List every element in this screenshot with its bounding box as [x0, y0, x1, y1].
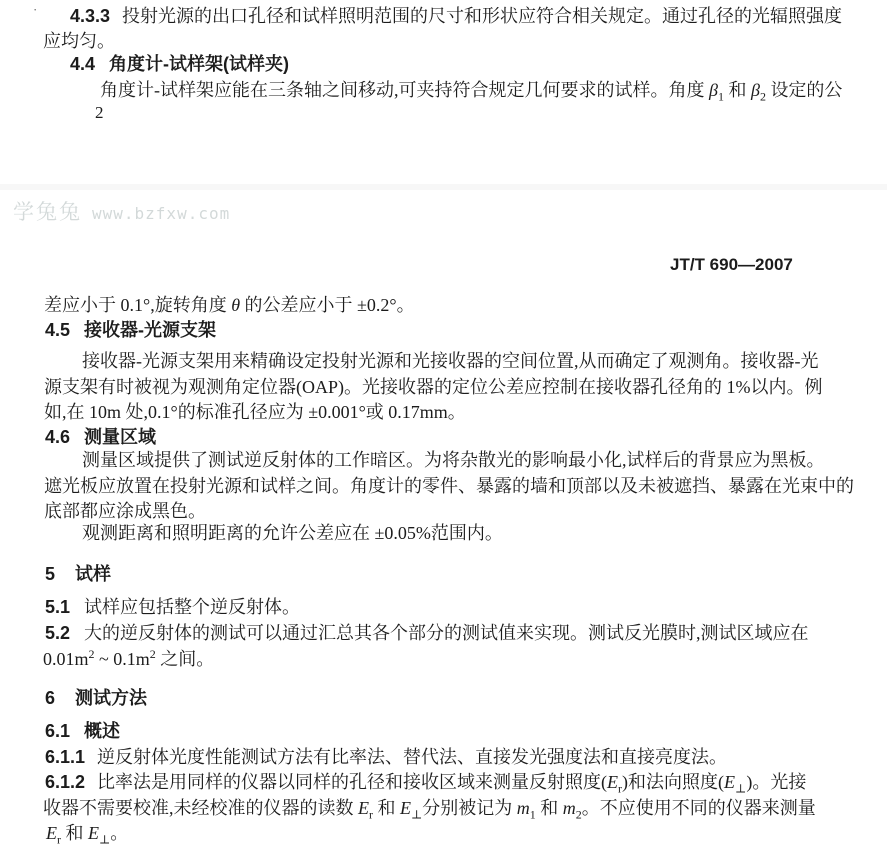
watermark-site-name: 学兔兔	[13, 200, 82, 224]
clause-5-2-line: 5.2大的逆反射体的测试可以通过汇总其各个部分的测试值来实现。测试反光膜时,测试…	[45, 622, 809, 644]
clause-number: 5.1	[45, 597, 70, 617]
subscript: ⊥	[411, 808, 422, 822]
body-text: 之间。	[156, 649, 215, 669]
body-text: 接收器-光源支架用来精确设定投射光源和光接收器的空间位置,从而确定了观测角。接收…	[82, 351, 818, 371]
body-text: 。	[110, 823, 128, 843]
body-text: 设定的公	[766, 80, 843, 100]
variable-E: E	[607, 772, 618, 792]
body-text: ~ 0.1m	[95, 649, 150, 669]
clause-title: 测量区域	[84, 427, 156, 447]
clause-4-5-heading: 4.5接收器-光源支架	[45, 319, 216, 341]
section-5-heading: 5试样	[45, 563, 111, 585]
body-text: 应均匀。	[43, 31, 115, 51]
variable-E: E	[400, 798, 411, 818]
body-text: 的公差应小于 ±0.2°。	[240, 295, 415, 315]
body-text: 试样应包括整个逆反射体。	[84, 597, 300, 617]
variable-E: E	[46, 823, 57, 843]
body-text: 大的逆反射体的测试可以通过汇总其各个部分的测试值来实现。测试反光膜时,测试区域应…	[84, 623, 809, 643]
variable-E: E	[358, 798, 369, 818]
body-text: 收器不需要校准,未经校准的仪器的读数	[43, 798, 358, 818]
clause-4-5-continuation: 差应小于 0.1°,旋转角度 θ 的公差应小于 ±0.2°。	[44, 294, 415, 316]
body-text: 测量区域提供了测试逆反射体的工作暗区。为将杂散光的影响最小化,试样后的背景应为黑…	[82, 450, 825, 470]
clause-6-1-2-line-3: Er 和 E⊥。	[46, 822, 128, 844]
variable-E: E	[724, 772, 735, 792]
section-number: 6	[45, 688, 55, 708]
body-text: 底部都应涂成黑色。	[44, 501, 206, 521]
clause-number: 4.5	[45, 320, 70, 340]
section-number: 5	[45, 564, 55, 584]
body-text: 差应小于 0.1°,旋转角度	[44, 295, 231, 315]
body-text: )。光接	[746, 772, 806, 792]
section-title: 测试方法	[75, 688, 147, 708]
clause-4-3-3-line: 4.3.3投射光源的出口孔径和试样照明范围的尺寸和形状应符合相关规定。通过孔径的…	[70, 5, 842, 27]
body-text: 0.01m	[43, 649, 89, 669]
body-text: 角度计-试样架应能在三条轴之间移动,可夹持符合规定几何要求的试样。角度	[100, 80, 709, 100]
clause-title: 角度计-试样架(试样夹)	[109, 54, 289, 74]
body-text: 投射光源的出口孔径和试样照明范围的尺寸和形状应符合相关规定。通过孔径的光辐照强度	[122, 6, 842, 26]
clause-title: 概述	[84, 721, 120, 741]
clause-5-1-line: 5.1试样应包括整个逆反射体。	[45, 596, 300, 618]
subscript: ⊥	[735, 782, 746, 796]
clause-title: 接收器-光源支架	[84, 320, 216, 340]
clause-number: 4.6	[45, 427, 70, 447]
clause-4-5-para-line-3: 如,在 10m 处,0.1°的标准孔径应为 ±0.001°或 0.17mm。	[44, 401, 466, 423]
clause-4-4-paragraph: 角度计-试样架应能在三条轴之间移动,可夹持符合规定几何要求的试样。角度 β1 和…	[100, 79, 842, 101]
body-text: )和法向照度(	[622, 772, 724, 792]
variable-m: m	[563, 798, 576, 818]
clause-4-6-heading: 4.6测量区域	[45, 426, 156, 448]
clause-4-6-para-line-2: 遮光板应放置在投射光源和试样之间。角度计的零件、暴露的墙和顶部以及未被遮挡、暴露…	[44, 475, 854, 497]
clause-6-1-2-line-1: 6.1.2比率法是用同样的仪器以同样的孔径和接收区域来测量反射照度(Er)和法向…	[45, 771, 806, 793]
clause-4-4-heading: 4.4角度计-试样架(试样夹)	[70, 53, 289, 75]
clause-4-5-para-line-2: 源支架有时被视为观测角定位器(OAP)。光接收器的定位公差应控制在接收器孔径角的…	[44, 376, 823, 398]
clause-number: 6.1	[45, 721, 70, 741]
variable-E: E	[88, 823, 99, 843]
clause-number: 4.4	[70, 54, 95, 74]
scan-artifact: ·	[33, 2, 37, 18]
section-6-heading: 6测试方法	[45, 687, 147, 709]
body-text: 如,在 10m 处,0.1°的标准孔径应为 ±0.001°或 0.17mm。	[44, 402, 466, 422]
clause-6-1-2-line-2: 收器不需要校准,未经校准的仪器的读数 Er 和 E⊥分别被记为 m1 和 m2。…	[43, 797, 816, 819]
clause-number: 5.2	[45, 623, 70, 643]
body-text: 和	[373, 798, 400, 818]
variable-m: m	[517, 798, 530, 818]
page-number: 2	[95, 103, 104, 123]
section-title: 试样	[75, 564, 111, 584]
doc-code-header: JT/T 690—2007	[670, 255, 793, 275]
clause-4-6-para-line-3: 底部都应涂成黑色。	[44, 500, 206, 522]
page-break-band	[0, 184, 887, 190]
scanned-document-page: · 4.3.3投射光源的出口孔径和试样照明范围的尺寸和形状应符合相关规定。通过孔…	[0, 0, 887, 846]
clause-6-1-heading: 6.1概述	[45, 720, 120, 742]
variable-theta: θ	[231, 295, 240, 315]
variable-beta: β	[709, 80, 718, 100]
body-text: 和	[61, 823, 88, 843]
clause-4-5-para-line-1: 接收器-光源支架用来精确设定投射光源和光接收器的空间位置,从而确定了观测角。接收…	[82, 350, 818, 372]
clause-6-1-1-line: 6.1.1逆反射体光度性能测试方法有比率法、替代法、直接发光强度法和直接亮度法。	[45, 746, 727, 768]
watermark: 学兔兔www.bzfxw.com	[13, 196, 230, 226]
body-text: 和	[724, 80, 751, 100]
body-text: 遮光板应放置在投射光源和试样之间。角度计的零件、暴露的墙和顶部以及未被遮挡、暴露…	[44, 476, 854, 496]
body-text: 和	[536, 798, 563, 818]
body-text: 。不应使用不同的仪器来测量	[582, 798, 816, 818]
body-text: 逆反射体光度性能测试方法有比率法、替代法、直接发光强度法和直接亮度法。	[97, 747, 727, 767]
watermark-url: www.bzfxw.com	[92, 204, 230, 223]
body-text: 分别被记为	[422, 798, 517, 818]
body-text: 源支架有时被视为观测角定位器(OAP)。光接收器的定位公差应控制在接收器孔径角的…	[44, 377, 823, 397]
clause-4-3-3-continuation: 应均匀。	[43, 30, 115, 52]
clause-5-2-continuation: 0.01m2 ~ 0.1m2 之间。	[43, 648, 214, 670]
subscript: ⊥	[99, 833, 110, 846]
body-text: 观测距离和照明距离的允许公差应在 ±0.05%范围内。	[82, 523, 503, 543]
clause-number: 6.1.2	[45, 772, 85, 792]
clause-4-6-para-line-1: 测量区域提供了测试逆反射体的工作暗区。为将杂散光的影响最小化,试样后的背景应为黑…	[82, 449, 825, 471]
clause-4-6-para-2: 观测距离和照明距离的允许公差应在 ±0.05%范围内。	[82, 522, 503, 544]
body-text: 比率法是用同样的仪器以同样的孔径和接收区域来测量反射照度(	[97, 772, 607, 792]
clause-number: 6.1.1	[45, 747, 85, 767]
variable-beta: β	[751, 80, 760, 100]
clause-number: 4.3.3	[70, 6, 110, 26]
